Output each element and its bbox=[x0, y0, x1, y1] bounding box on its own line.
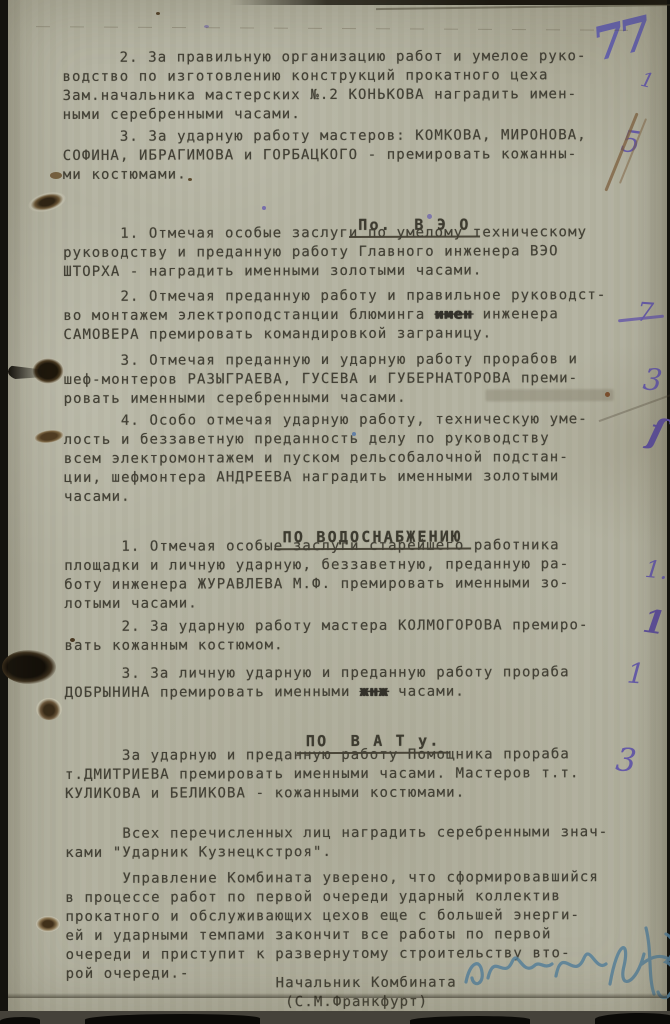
struck-word: имен bbox=[435, 307, 473, 323]
torn-edge-mark bbox=[85, 1014, 260, 1024]
rust-speck bbox=[605, 392, 610, 397]
vodo-3-text-end: часами. bbox=[389, 684, 465, 700]
erased-text-smudge bbox=[486, 389, 614, 401]
typed-text-layer: 2. За правильную организацию работ и уме… bbox=[6, 0, 669, 1012]
paragraph-vodo-1: 1. Отмечая особые заслуги старейшего раб… bbox=[64, 536, 569, 614]
ink-dot bbox=[352, 432, 356, 436]
signature-ink bbox=[460, 918, 670, 1018]
paragraph-vodo-3: 3. За личную ударную и преданную работу … bbox=[65, 663, 570, 703]
paragraph-veo-4: 4. Особо отмечая ударную работу, техниче… bbox=[64, 410, 588, 507]
vodo-3-text: 3. За личную ударную и преданную работу … bbox=[65, 664, 570, 701]
margin-mark: 1 bbox=[626, 659, 646, 688]
paragraph-veo-1: 1. Отмечая особые заслуги по умелому тех… bbox=[63, 223, 587, 282]
paper-tear bbox=[2, 650, 56, 684]
handwritten-page-number: 77 bbox=[588, 10, 652, 68]
paper-hole bbox=[36, 698, 62, 720]
ink-dot bbox=[427, 214, 432, 219]
scanned-document: { "page_number": "77", "marks": { "tick"… bbox=[0, 0, 670, 1024]
margin-mark: 1 bbox=[641, 605, 668, 640]
paragraph-badge: Всех перечисленных лиц наградить серебре… bbox=[65, 823, 608, 863]
struck-word: жнж bbox=[360, 684, 389, 700]
page-bottom-shadow bbox=[8, 993, 667, 998]
margin-mark: 1. bbox=[644, 557, 669, 583]
paper-hole bbox=[36, 916, 60, 932]
torn-edge-mark bbox=[0, 1017, 40, 1024]
paragraph-intro-2: 2. За правильную организацию работ и уме… bbox=[62, 47, 586, 125]
margin-mark: 3 bbox=[641, 365, 663, 397]
paragraph-intro-3: 3. За ударную работу мастеров: КОМКОВА, … bbox=[63, 126, 587, 185]
margin-mark: 7 bbox=[636, 299, 654, 326]
paragraph-vodo-2: 2. За ударную работу мастера КОЛМОГОРОВА… bbox=[64, 616, 588, 656]
margin-mark: 3 bbox=[614, 743, 638, 777]
ink-dot bbox=[262, 206, 266, 210]
scan-bottom-strip bbox=[0, 1011, 670, 1024]
paragraph-veo-2: 2. Отмечая преданную работу и правильное… bbox=[63, 286, 606, 345]
paper-speck bbox=[156, 12, 160, 15]
paper-speck bbox=[70, 638, 75, 642]
torn-edge-mark bbox=[410, 1016, 530, 1024]
paper-hole bbox=[50, 172, 62, 179]
torn-edge-mark bbox=[595, 1013, 670, 1024]
paragraph-vatu-1: За ударную и преданную работу Помощника … bbox=[65, 745, 580, 804]
paper-speck bbox=[188, 178, 192, 181]
document-page: 2. За правильную организацию работ и уме… bbox=[8, 0, 667, 1011]
